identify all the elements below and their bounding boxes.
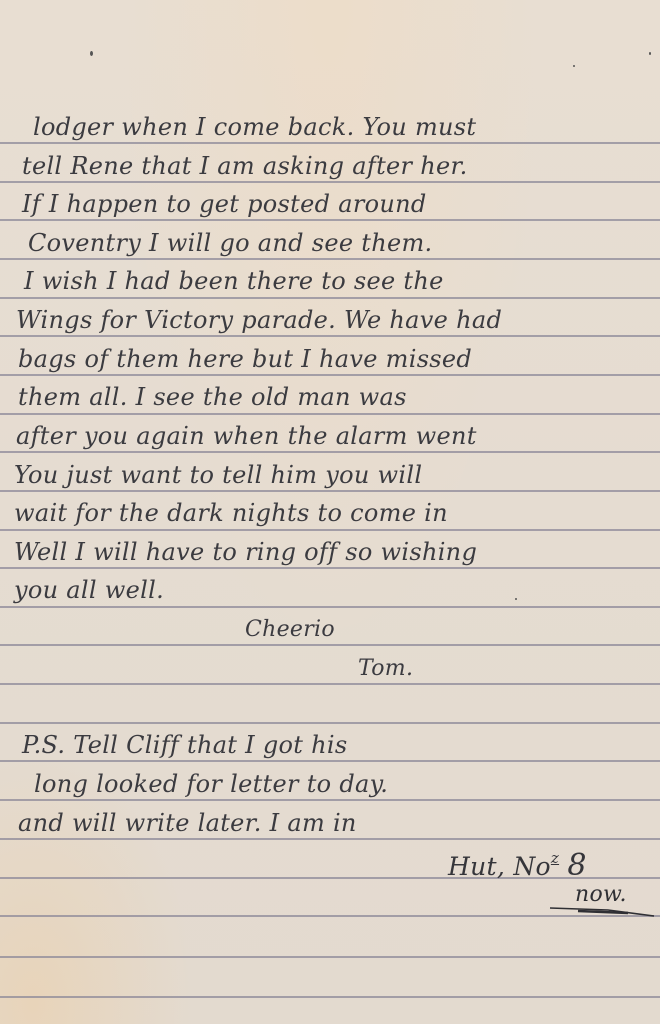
underline-flourish xyxy=(548,906,656,918)
postscript-line: P.S. Tell Cliff that I got his xyxy=(22,733,348,757)
ruled-line xyxy=(0,490,660,492)
ruled-line xyxy=(0,335,660,337)
ruled-line xyxy=(0,722,660,724)
letter-line: If I happen to get posted around xyxy=(22,192,427,216)
hut-number: 8 xyxy=(567,848,586,883)
letter-line: tell Rene that I am asking after her. xyxy=(22,154,468,178)
ruled-line xyxy=(0,799,660,801)
ruled-line xyxy=(0,644,660,646)
ruled-line xyxy=(0,683,660,685)
hut-label: Hut, No xyxy=(448,852,551,881)
paper-speck xyxy=(573,65,575,67)
letter-line: bags of them here but I have missed xyxy=(18,347,472,371)
ruled-line xyxy=(0,219,660,221)
letter-line: wait for the dark nights to come in xyxy=(14,501,448,525)
letter-page: lodger when I come back. You must tell R… xyxy=(0,0,660,1024)
letter-line: Well I will have to ring off so wishing xyxy=(14,540,477,564)
ruled-line xyxy=(0,258,660,260)
ruled-line xyxy=(0,760,660,762)
trailing-word-now: now. xyxy=(575,884,627,906)
letter-line: I wish I had been there to see the xyxy=(24,269,444,293)
letter-line: lodger when I come back. You must xyxy=(33,115,476,139)
letter-line: you all well. xyxy=(14,578,164,602)
ruled-line xyxy=(0,297,660,299)
valediction: Cheerio xyxy=(245,619,335,641)
ruled-line xyxy=(0,996,660,998)
paper-speck xyxy=(649,52,651,55)
ruled-line xyxy=(0,142,660,144)
signature: Tom. xyxy=(358,658,413,680)
ruled-line xyxy=(0,181,660,183)
ruled-line xyxy=(0,374,660,376)
ruled-line xyxy=(0,451,660,453)
ruled-line xyxy=(0,606,660,608)
paper-speck xyxy=(515,598,517,600)
letter-line: Coventry I will go and see them. xyxy=(28,231,433,255)
ruled-line xyxy=(0,956,660,958)
ruled-line xyxy=(0,567,660,569)
letter-line: You just want to tell him you will xyxy=(14,463,422,487)
ruled-line xyxy=(0,838,660,840)
ruled-line xyxy=(0,413,660,415)
hut-superscript: z xyxy=(551,849,559,867)
paper-speck xyxy=(90,51,93,56)
postscript-line: and will write later. I am in xyxy=(18,811,357,835)
ruled-line xyxy=(0,529,660,531)
hut-number-line: Hut, Noz 8 xyxy=(448,851,587,881)
postscript-line: long looked for letter to day. xyxy=(34,772,388,796)
letter-line: Wings for Victory parade. We have had xyxy=(16,308,502,332)
letter-line: them all. I see the old man was xyxy=(18,385,407,409)
letter-line: after you again when the alarm went xyxy=(16,424,477,448)
